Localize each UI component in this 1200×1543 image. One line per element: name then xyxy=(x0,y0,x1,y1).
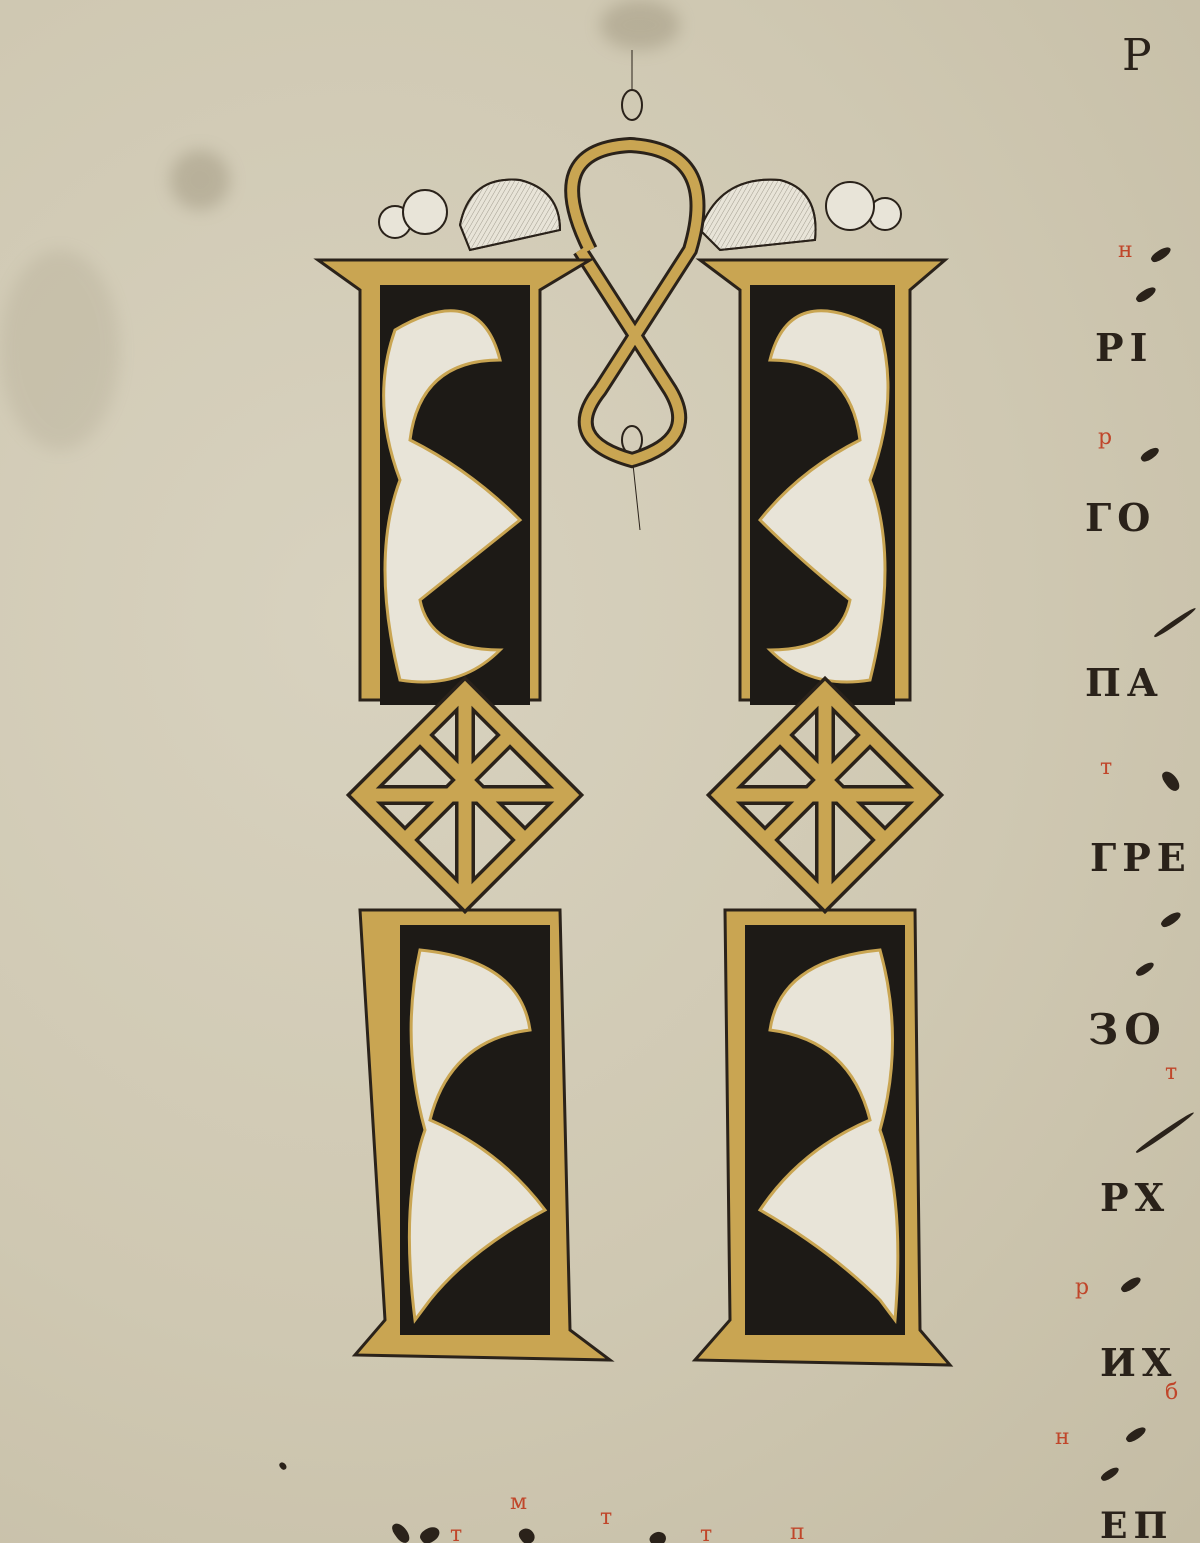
knotwork-right xyxy=(720,690,930,900)
text-line: РІ xyxy=(1095,325,1153,370)
red-neume-mark: п xyxy=(790,1520,805,1543)
pendant-top xyxy=(622,90,642,120)
red-neume-mark: т xyxy=(1165,1060,1177,1085)
red-neume-mark: м xyxy=(510,1490,527,1515)
red-neume-mark: т xyxy=(450,1522,462,1543)
red-neume-mark: т xyxy=(600,1505,612,1530)
header-letter: Р xyxy=(1122,30,1158,81)
red-neume-mark: т xyxy=(700,1522,712,1543)
knotwork-left xyxy=(360,690,570,900)
red-neume-mark: н xyxy=(1055,1425,1070,1450)
text-line: ПА xyxy=(1085,660,1164,705)
decorated-initial-letter xyxy=(0,0,1200,1543)
red-neume-mark: н xyxy=(1118,238,1133,263)
text-line: ГРЕ xyxy=(1090,835,1192,880)
crown-scrolls xyxy=(379,180,901,250)
text-line: ИХ xyxy=(1100,1340,1177,1385)
text-line: ЕП xyxy=(1100,1505,1173,1543)
red-neume-mark: т xyxy=(1100,755,1112,780)
red-neume-mark: б xyxy=(1165,1380,1178,1405)
knot-top xyxy=(572,145,697,460)
text-line: ЗО xyxy=(1088,1005,1167,1054)
text-line: ГО xyxy=(1085,495,1156,540)
red-neume-mark: р xyxy=(1075,1275,1089,1300)
red-neume-mark: р xyxy=(1098,425,1112,450)
text-line: РХ xyxy=(1100,1175,1170,1220)
